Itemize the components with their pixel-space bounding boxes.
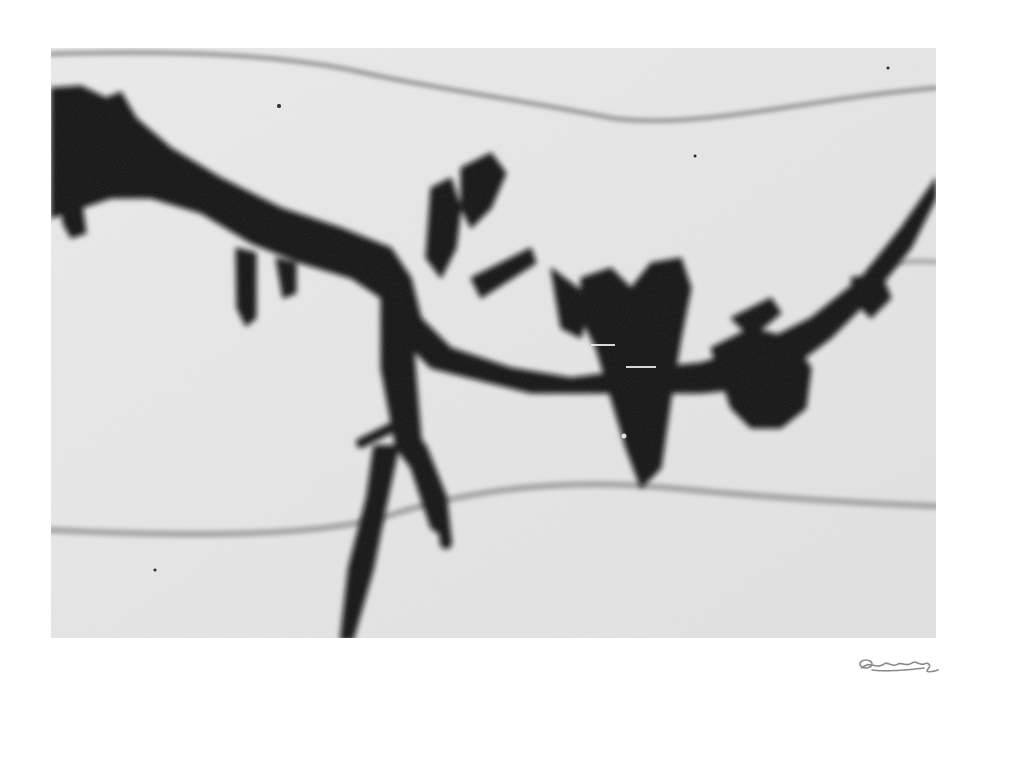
photograph	[51, 48, 936, 638]
branch-silhouette-photo	[51, 48, 936, 638]
signature-scribble-icon	[858, 656, 940, 676]
artist-signature	[858, 656, 940, 676]
